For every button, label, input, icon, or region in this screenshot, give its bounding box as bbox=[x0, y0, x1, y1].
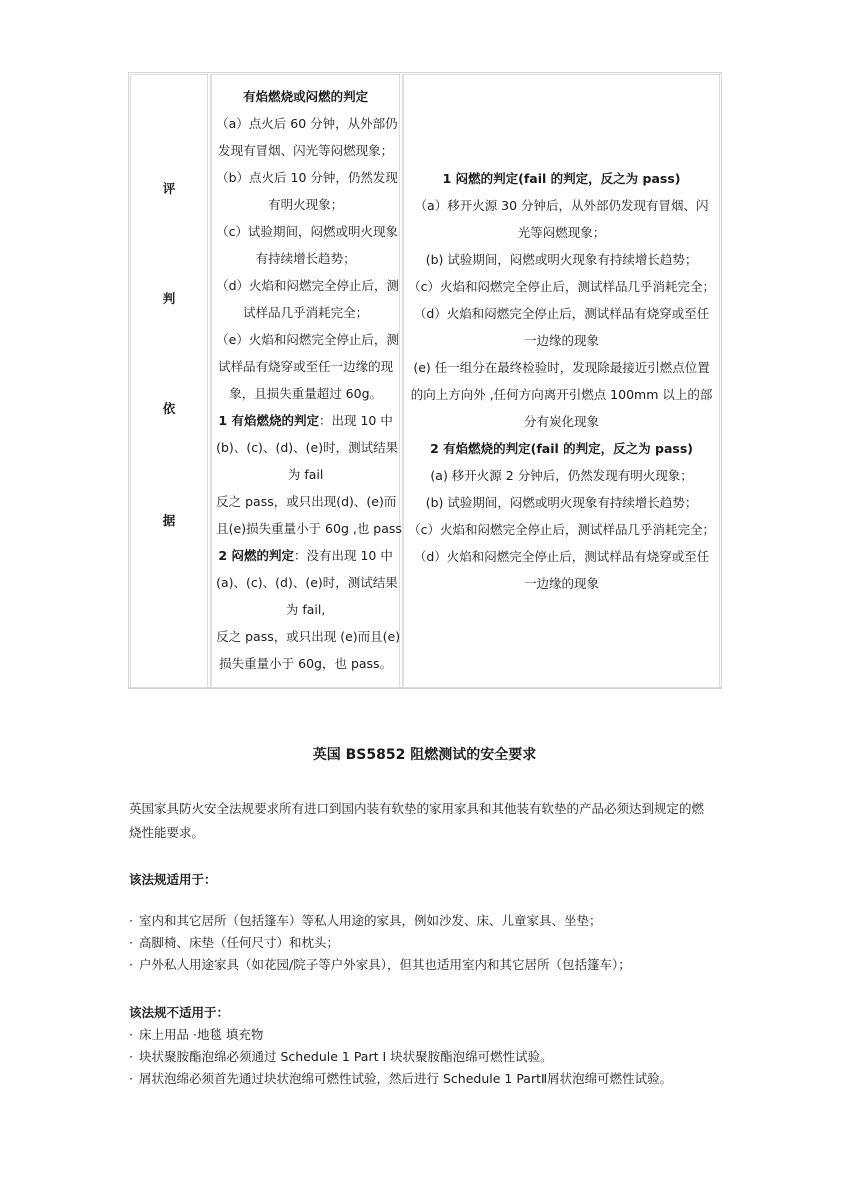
middle-line: 反之 pass，或只出现 (e)而且(e) bbox=[216, 623, 395, 650]
middle-line: （d）火焰和闷燃完全停止后，测 bbox=[216, 272, 395, 299]
middle-line-text: 反之 pass，或只出现 (e)而且(e) bbox=[216, 629, 400, 644]
middle-heading: 有焰燃烧或闷燃的判定 bbox=[216, 83, 395, 110]
middle-line: （e）火焰和闷燃完全停止后，测 bbox=[216, 326, 395, 353]
applies-list: ·室内和其它居所（包括篷车）等私人用途的家具，例如沙发、床、儿童家具、坐垫；·高… bbox=[129, 910, 749, 976]
applies-item-text: 高脚椅、床垫（任何尺寸）和枕头； bbox=[139, 935, 339, 950]
right-cell-text: 1 闷燃的判定(fail 的判定，反之为 pass)（a）移开火源 30 分钟后… bbox=[404, 75, 719, 597]
bullet-dot-icon: · bbox=[129, 910, 139, 932]
applies-item: ·高脚椅、床垫（任何尺寸）和枕头； bbox=[129, 932, 749, 954]
middle-line: 有明火现象； bbox=[216, 191, 395, 218]
right-line: 分有炭化现象 bbox=[408, 408, 715, 435]
label-char-yi: 依 bbox=[131, 399, 207, 417]
middle-line-text: 试样品几乎消耗完全； bbox=[243, 305, 368, 320]
not-applies-item-text: 床上用品 ·地毯 填充物 bbox=[139, 1027, 263, 1042]
label-char-ping: 评 bbox=[131, 179, 207, 197]
label-column: 评 判 依 据 bbox=[130, 74, 208, 688]
alt-criteria-column: 1 闷燃的判定(fail 的判定，反之为 pass)（a）移开火源 30 分钟后… bbox=[402, 74, 720, 688]
right-line: （c）火焰和闷燃完全停止后，测试样品几乎消耗完全； bbox=[408, 273, 715, 300]
middle-line-text: （a）点火后 60 分钟，从外部仍 bbox=[216, 116, 398, 131]
not-applies-item-text: 块状聚胺酯泡绵必须通过 Schedule 1 Part I 块状聚胺酯泡绵可燃性… bbox=[139, 1049, 553, 1064]
middle-line: 损失重量小于 60g，也 pass。 bbox=[216, 650, 395, 677]
applies-item: ·户外私人用途家具（如花园/院子等户外家具），但其也适用室内和其它居所（包括篷车… bbox=[129, 954, 749, 976]
middle-line-text: （d）火焰和闷燃完全停止后，测 bbox=[216, 278, 399, 293]
middle-line: 试样品几乎消耗完全； bbox=[216, 299, 395, 326]
right-line: （d）火焰和闷燃完全停止后，测试样品有烧穿或至任 bbox=[408, 300, 715, 327]
middle-line-text: 且(e)损失重量小于 60g ,也 pass bbox=[216, 521, 402, 536]
middle-line: 象，且损失重量超过 60g。 bbox=[216, 380, 395, 407]
middle-line-bold-prefix: 2 闷燃的判定 bbox=[218, 548, 294, 563]
middle-line-text: （e）火焰和闷燃完全停止后，测 bbox=[216, 332, 399, 347]
middle-line: 且(e)损失重量小于 60g ,也 pass bbox=[216, 515, 395, 542]
right-line: 一边缘的现象 bbox=[408, 570, 715, 597]
middle-line: (a)、(c)、(d)、(e)时，测试结果 bbox=[216, 569, 395, 596]
right-line: 的向上方向外 ,任何方向离开引燃点 100mm 以上的部 bbox=[408, 381, 715, 408]
not-applies-item: ·块状聚胺酯泡绵必须通过 Schedule 1 Part I 块状聚胺酯泡绵可燃… bbox=[129, 1046, 749, 1068]
right-line: 光等闷燃现象； bbox=[408, 219, 715, 246]
middle-line: 为 fail bbox=[216, 461, 395, 488]
middle-line-text: (b)、(c)、(d)、(e)时，测试结果 bbox=[216, 440, 398, 455]
middle-line-text: 有明火现象； bbox=[268, 197, 343, 212]
bullet-dot-icon: · bbox=[129, 1046, 139, 1068]
right-line: (a) 移开火源 2 分钟后，仍然发现有明火现象； bbox=[408, 462, 715, 489]
not-applies-heading: 该法规不适用于： bbox=[129, 1003, 229, 1021]
section-title: 英国 BS5852 阻燃测试的安全要求 bbox=[0, 744, 849, 764]
intro-line-2: 烧性能要求。 bbox=[129, 821, 729, 845]
middle-line: 1 有焰燃烧的判定：出现 10 中 bbox=[216, 407, 395, 434]
middle-line-text: (a)、(c)、(d)、(e)时，测试结果 bbox=[216, 575, 398, 590]
middle-line: 2 闷燃的判定：没有出现 10 中 bbox=[216, 542, 395, 569]
middle-line: 发现有冒烟、闪光等闷燃现象； bbox=[216, 137, 395, 164]
label-char-pan: 判 bbox=[131, 289, 207, 307]
applies-item: ·室内和其它居所（包括篷车）等私人用途的家具，例如沙发、床、儿童家具、坐垫； bbox=[129, 910, 749, 932]
applies-item-text: 室内和其它居所（包括篷车）等私人用途的家具，例如沙发、床、儿童家具、坐垫； bbox=[139, 913, 602, 928]
evaluation-criteria-table: 评 判 依 据 有焰燃烧或闷燃的判定 （a）点火后 60 分钟，从外部仍发现有冒… bbox=[128, 72, 722, 688]
right-section-heading: 1 闷燃的判定(fail 的判定，反之为 pass) bbox=[408, 165, 715, 192]
middle-cell-text: 有焰燃烧或闷燃的判定 （a）点火后 60 分钟，从外部仍发现有冒烟、闪光等闷燃现… bbox=[212, 75, 399, 677]
not-applies-item: ·床上用品 ·地毯 填充物 bbox=[129, 1024, 749, 1046]
middle-line: 试样品有烧穿或至任一边缘的现 bbox=[216, 353, 395, 380]
bullet-dot-icon: · bbox=[129, 932, 139, 954]
bullet-dot-icon: · bbox=[129, 1068, 139, 1090]
not-applies-list: ·床上用品 ·地毯 填充物·块状聚胺酯泡绵必须通过 Schedule 1 Par… bbox=[129, 1024, 749, 1090]
middle-line-text: 发现有冒烟、闪光等闷燃现象； bbox=[218, 143, 393, 158]
middle-line-text: 为 fail bbox=[288, 467, 323, 482]
label-char-ju: 据 bbox=[131, 511, 207, 529]
middle-line-text: 反之 pass，或只出现(d)、(e)而 bbox=[216, 494, 396, 509]
middle-line: 反之 pass，或只出现(d)、(e)而 bbox=[216, 488, 395, 515]
middle-line-bold-prefix: 1 有焰燃烧的判定 bbox=[218, 413, 319, 428]
document-page: 评 判 依 据 有焰燃烧或闷燃的判定 （a）点火后 60 分钟，从外部仍发现有冒… bbox=[0, 0, 849, 1200]
middle-line-text: （b）点火后 10 分钟，仍然发现 bbox=[216, 170, 398, 185]
right-line: (b) 试验期间，闷燃或明火现象有持续增长趋势； bbox=[408, 489, 715, 516]
bullet-dot-icon: · bbox=[129, 1024, 139, 1046]
middle-line-text: ：没有出现 10 中 bbox=[294, 548, 393, 563]
bs5852-criteria-column: 有焰燃烧或闷燃的判定 （a）点火后 60 分钟，从外部仍发现有冒烟、闪光等闷燃现… bbox=[210, 74, 400, 688]
middle-line: （c）试验期间，闷燃或明火现象 bbox=[216, 218, 395, 245]
middle-line-text: （c）试验期间，闷燃或明火现象 bbox=[216, 224, 398, 239]
right-line: (e) 任一组分在最终检验时，发现除最接近引燃点位置 bbox=[408, 354, 715, 381]
not-applies-item-text: 屑状泡绵必须首先通过块状泡绵可燃性试验，然后进行 Schedule 1 Part… bbox=[139, 1071, 672, 1086]
right-line: （d）火焰和闷燃完全停止后，测试样品有烧穿或至任 bbox=[408, 543, 715, 570]
middle-line-text: ：出现 10 中 bbox=[319, 413, 393, 428]
middle-line-text: 为 fail, bbox=[286, 602, 325, 617]
middle-line: 为 fail, bbox=[216, 596, 395, 623]
intro-line-1: 英国家具防火安全法规要求所有进口到国内装有软垫的家用家具和其他装有软垫的产品必须… bbox=[129, 797, 729, 821]
middle-line: (b)、(c)、(d)、(e)时，测试结果 bbox=[216, 434, 395, 461]
middle-line-text: 损失重量小于 60g，也 pass。 bbox=[219, 656, 392, 671]
right-line: (b) 试验期间，闷燃或明火现象有持续增长趋势； bbox=[408, 246, 715, 273]
middle-line: （b）点火后 10 分钟，仍然发现 bbox=[216, 164, 395, 191]
right-line: （a）移开火源 30 分钟后，从外部仍发现有冒烟、闪 bbox=[408, 192, 715, 219]
applies-heading: 该法规适用于： bbox=[129, 870, 217, 888]
middle-line: 有持续增长趋势； bbox=[216, 245, 395, 272]
bullet-dot-icon: · bbox=[129, 954, 139, 976]
applies-item-text: 户外私人用途家具（如花园/院子等户外家具），但其也适用室内和其它居所（包括篷车）… bbox=[139, 957, 631, 972]
right-line: （c）火焰和闷燃完全停止后，测试样品几乎消耗完全； bbox=[408, 516, 715, 543]
middle-line: （a）点火后 60 分钟，从外部仍 bbox=[216, 110, 395, 137]
middle-line-text: 有持续增长趋势； bbox=[256, 251, 356, 266]
intro-paragraph: 英国家具防火安全法规要求所有进口到国内装有软垫的家用家具和其他装有软垫的产品必须… bbox=[129, 797, 729, 845]
middle-line-text: 象，且损失重量超过 60g。 bbox=[229, 386, 382, 401]
right-line: 一边缘的现象 bbox=[408, 327, 715, 354]
not-applies-item: ·屑状泡绵必须首先通过块状泡绵可燃性试验，然后进行 Schedule 1 Par… bbox=[129, 1068, 749, 1090]
right-section-heading: 2 有焰燃烧的判定(fail 的判定，反之为 pass) bbox=[408, 435, 715, 462]
middle-line-text: 试样品有烧穿或至任一边缘的现 bbox=[218, 359, 393, 374]
